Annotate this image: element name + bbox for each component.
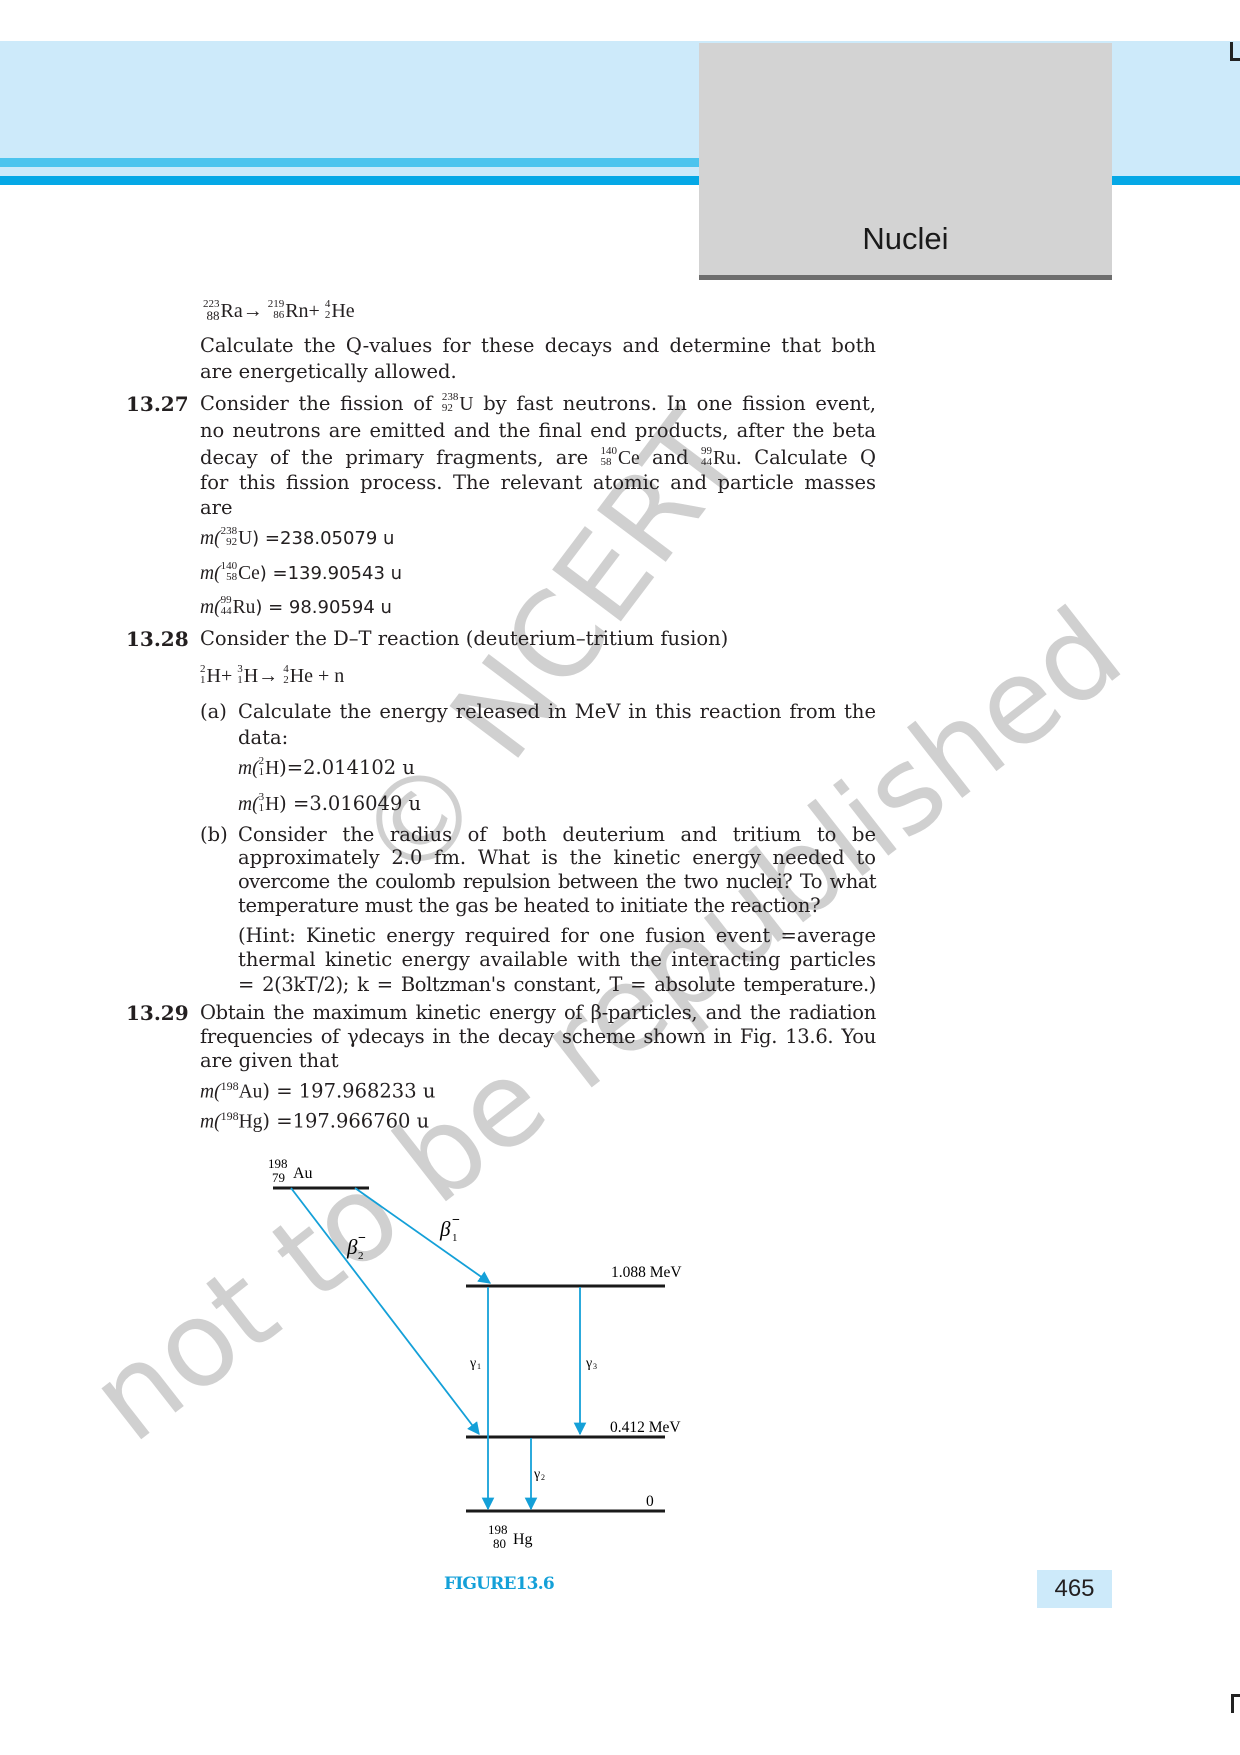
beta2-label: β bbox=[346, 1235, 358, 1259]
part-a-line-2: data: bbox=[238, 726, 288, 749]
level-1088-label: 1.088 MeV bbox=[611, 1264, 682, 1281]
beta1-label: β bbox=[439, 1217, 451, 1241]
mass-au198: m(198Au) = 197.968233 u bbox=[200, 1079, 435, 1104]
q27-line-3: decay of the primary fragments, are 1405… bbox=[200, 446, 876, 470]
hg-symbol: Hg bbox=[513, 1531, 533, 1548]
beta1-arrow bbox=[355, 1188, 490, 1283]
part-a-line-1: Calculate the energy released in MeV in … bbox=[238, 700, 876, 723]
svg-text:1: 1 bbox=[477, 1362, 481, 1371]
beta2-arrow bbox=[291, 1188, 479, 1434]
svg-text:3: 3 bbox=[593, 1362, 597, 1371]
svg-text:2: 2 bbox=[541, 1473, 545, 1482]
part-b-line-4: temperature must the gas be heated to in… bbox=[238, 894, 820, 917]
crop-mark-top bbox=[1230, 42, 1240, 61]
question-number-13-27: 13.27 bbox=[126, 392, 189, 416]
part-b-line-2: approximately 2.0 fm. What is the kineti… bbox=[238, 846, 876, 869]
hint-line-2: thermal kinetic energy available with th… bbox=[238, 948, 876, 971]
q27-line-2: no neutrons are emitted and the final en… bbox=[200, 419, 876, 442]
hg-atomic-number: 80 bbox=[493, 1536, 506, 1551]
q29-line-1: Obtain the maximum kinetic energy of β-p… bbox=[200, 1001, 876, 1024]
q26-text-line-1: Calculate the Q-values for these decays … bbox=[200, 334, 876, 357]
q29-line-3: are given that bbox=[200, 1049, 339, 1072]
mass-h2: m(21H)=2.014102 u bbox=[238, 756, 415, 780]
q26-text-line-2: are energetically allowed. bbox=[200, 360, 457, 383]
mass-h3: m(31H) =3.016049 u bbox=[238, 792, 421, 816]
question-number-13-28: 13.28 bbox=[126, 627, 189, 651]
ra-decay-equation: 22388Ra→ 21986Rn+ 42He bbox=[203, 300, 355, 323]
level-412-label: 0.412 MeV bbox=[610, 1419, 681, 1436]
hint-line-3: = 2(3kT/2); k = Boltzman's constant, T =… bbox=[238, 973, 876, 996]
q29-line-2: frequencies of γdecays in the decay sche… bbox=[200, 1025, 876, 1048]
au-mass-number: 198 bbox=[268, 1156, 288, 1171]
page-number: 465 bbox=[1037, 1570, 1112, 1608]
gamma2-label: γ bbox=[533, 1467, 540, 1482]
mass-ce140: m(14058Ce) =139.90543 u bbox=[200, 561, 402, 585]
crop-mark-bottom bbox=[1231, 1694, 1240, 1713]
au-symbol: Au bbox=[293, 1165, 313, 1182]
q28-line-1: Consider the D–T reaction (deuterium–tri… bbox=[200, 627, 728, 650]
gamma1-label: γ bbox=[469, 1356, 476, 1371]
svg-text:1: 1 bbox=[452, 1232, 458, 1244]
au-atomic-number: 79 bbox=[272, 1170, 285, 1185]
chapter-title-box: Nuclei bbox=[699, 43, 1112, 280]
gamma3-label: γ bbox=[585, 1356, 592, 1371]
q27-line-5: are bbox=[200, 496, 233, 519]
mass-hg198: m(198Hg) =197.966760 u bbox=[200, 1109, 429, 1134]
part-b-line-3: overcome the coulomb repulsion between t… bbox=[238, 870, 876, 893]
part-b-line-1: Consider the radius of both deuterium an… bbox=[238, 823, 876, 846]
svg-text:2: 2 bbox=[358, 1250, 364, 1262]
mass-ru99: m(9944Ru) = 98.90594 u bbox=[200, 595, 392, 619]
hg-mass-number: 198 bbox=[488, 1522, 508, 1537]
mass-u238: m(23892U) =238.05079 u bbox=[200, 526, 394, 550]
part-a-label: (a) bbox=[200, 700, 227, 723]
chapter-title: Nuclei bbox=[699, 221, 1112, 257]
svg-text:−: − bbox=[452, 1213, 460, 1228]
dt-fusion-equation: 21H+ 31H→ 42He + n bbox=[200, 665, 344, 688]
question-number-13-29: 13.29 bbox=[126, 1001, 189, 1025]
hint-line-1: (Hint: Kinetic energy required for one f… bbox=[238, 924, 876, 947]
level-ground-label: 0 bbox=[646, 1493, 654, 1510]
q27-line-1: Consider the fission of 23892U by fast n… bbox=[200, 392, 876, 416]
figure-caption: FIGURE13.6 bbox=[444, 1574, 554, 1594]
header-stripe-light bbox=[0, 158, 700, 167]
q27-line-4: for this fission process. The relevant a… bbox=[200, 471, 876, 494]
svg-text:−: − bbox=[358, 1231, 366, 1246]
part-b-label: (b) bbox=[200, 823, 228, 846]
